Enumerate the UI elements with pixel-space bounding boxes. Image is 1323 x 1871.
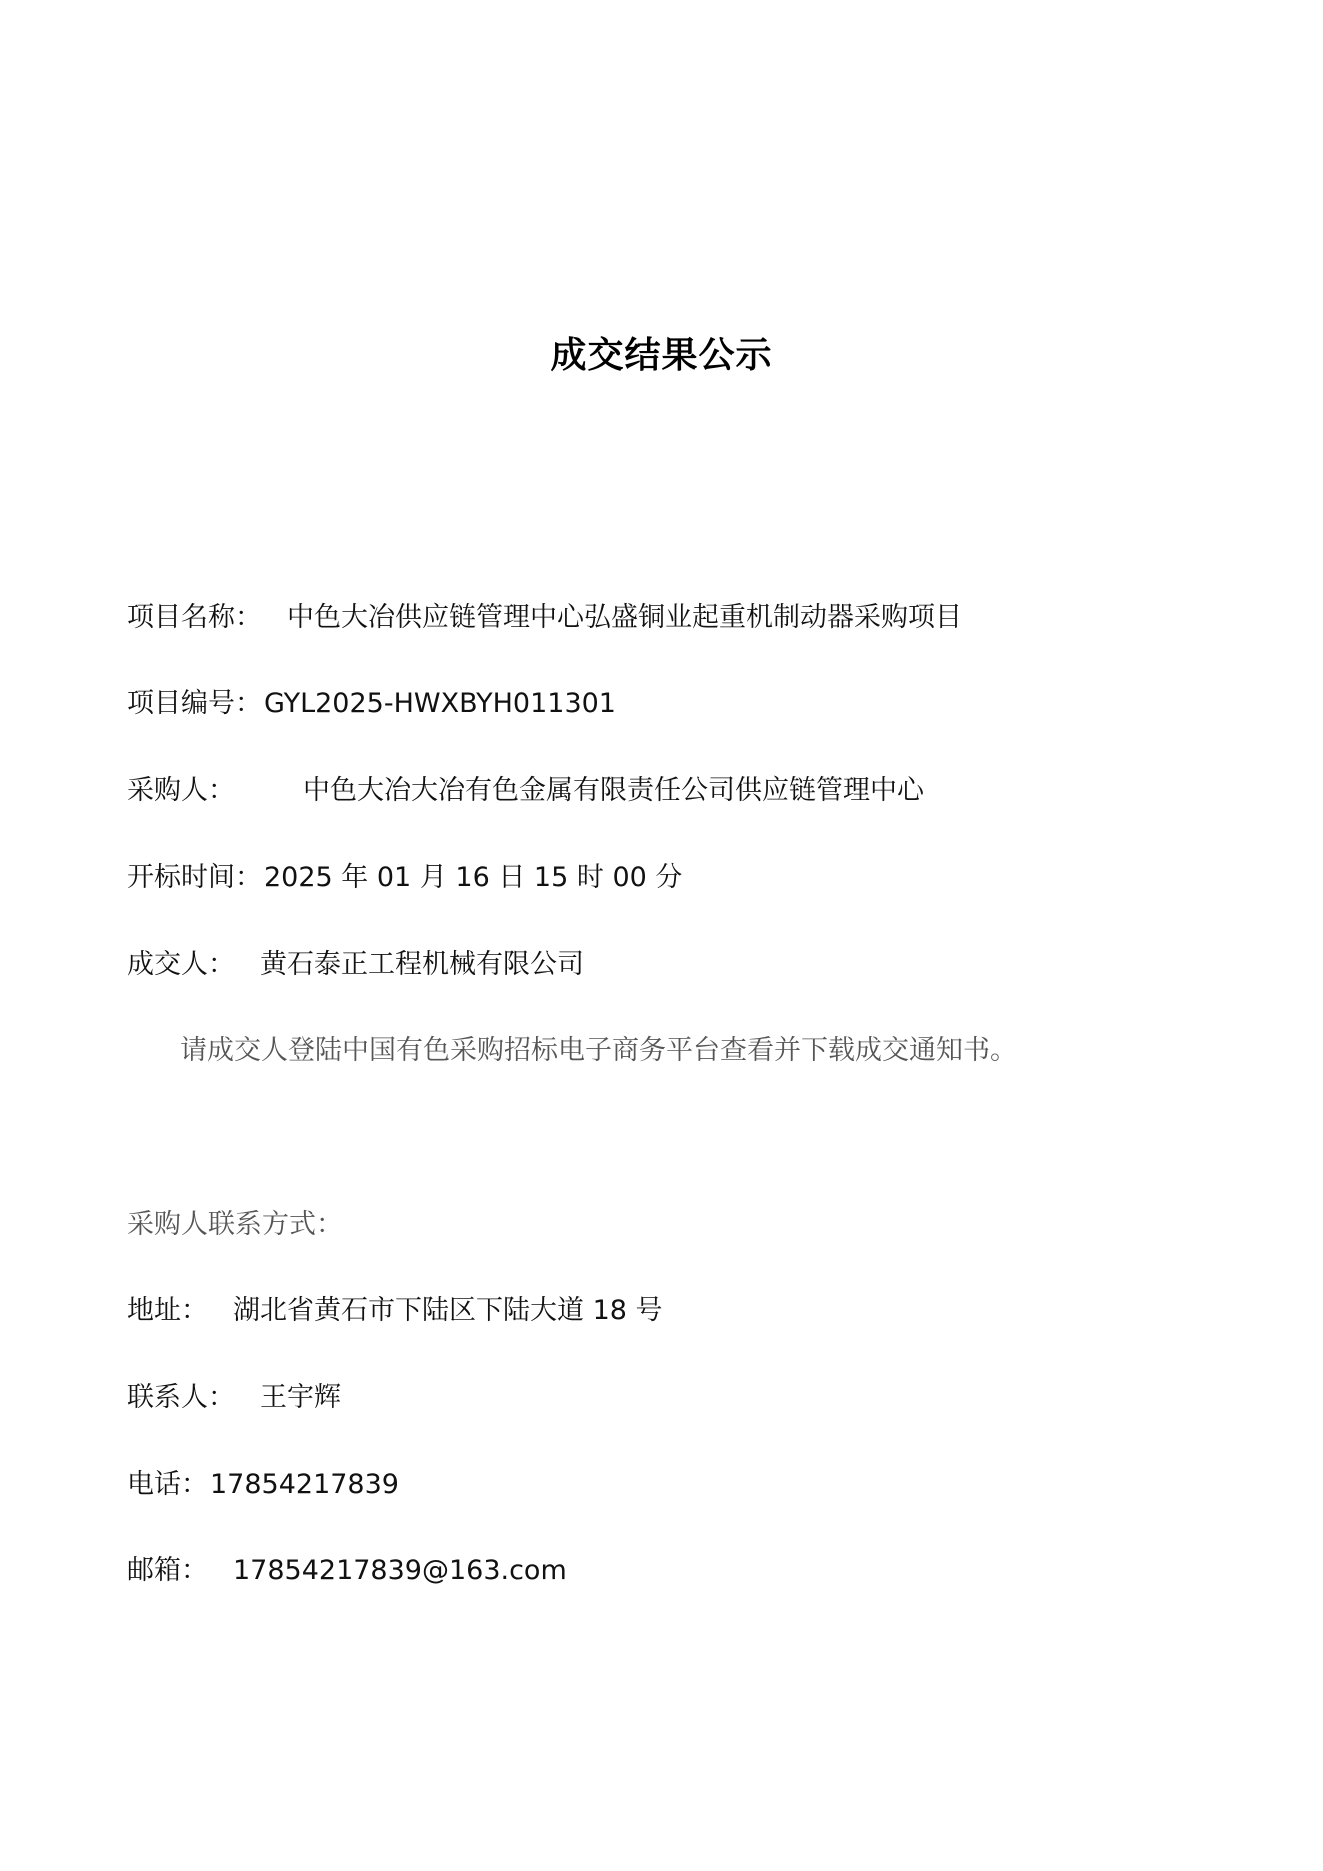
contact-person-row: 联系人：王宇辉 <box>127 1380 341 1416</box>
bid-opening-time-row: 开标时间：2025 年 01 月 16 日 15 时 00 分 <box>127 860 682 896</box>
email-row: 邮箱：17854217839@163.com <box>127 1553 567 1589</box>
bid-opening-time-label: 开标时间： <box>127 860 262 896</box>
document-page: 成交结果公示 项目名称：中色大冶供应链管理中心弘盛铜业起重机制动器采购项目 项目… <box>0 0 1323 1871</box>
notice-text: 请成交人登陆中国有色采购招标电子商务平台查看并下载成交通知书。 <box>180 1033 1017 1069</box>
contact-heading: 采购人联系方式： <box>127 1207 343 1243</box>
project-code-label: 项目编号： <box>127 686 262 722</box>
address-row: 地址：湖北省黄石市下陆区下陆大道 18 号 <box>127 1293 663 1329</box>
winner-label: 成交人： <box>127 947 235 983</box>
phone-value: 17854217839 <box>210 1467 399 1503</box>
project-code-value: GYL2025-HWXBYH011301 <box>264 686 616 722</box>
project-name-row: 项目名称：中色大冶供应链管理中心弘盛铜业起重机制动器采购项目 <box>127 600 962 636</box>
bid-opening-time-value: 2025 年 01 月 16 日 15 时 00 分 <box>264 860 682 896</box>
phone-row: 电话：17854217839 <box>127 1467 399 1503</box>
project-name-label: 项目名称： <box>127 600 262 636</box>
purchaser-label: 采购人： <box>127 773 235 809</box>
project-code-row: 项目编号：GYL2025-HWXBYH011301 <box>127 686 616 722</box>
document-title: 成交结果公示 <box>0 334 1323 378</box>
address-value: 湖北省黄石市下陆区下陆大道 18 号 <box>233 1293 663 1329</box>
winner-row: 成交人：黄石泰正工程机械有限公司 <box>127 947 584 983</box>
winner-value: 黄石泰正工程机械有限公司 <box>260 947 584 983</box>
email-value: 17854217839@163.com <box>233 1553 567 1589</box>
phone-label: 电话： <box>127 1467 208 1503</box>
contact-person-value: 王宇辉 <box>260 1380 341 1416</box>
email-label: 邮箱： <box>127 1553 208 1589</box>
address-label: 地址： <box>127 1293 208 1329</box>
contact-person-label: 联系人： <box>127 1380 235 1416</box>
purchaser-value: 中色大冶大冶有色金属有限责任公司供应链管理中心 <box>303 773 924 809</box>
project-name-value: 中色大冶供应链管理中心弘盛铜业起重机制动器采购项目 <box>287 600 962 636</box>
purchaser-row: 采购人：中色大冶大冶有色金属有限责任公司供应链管理中心 <box>127 773 924 809</box>
